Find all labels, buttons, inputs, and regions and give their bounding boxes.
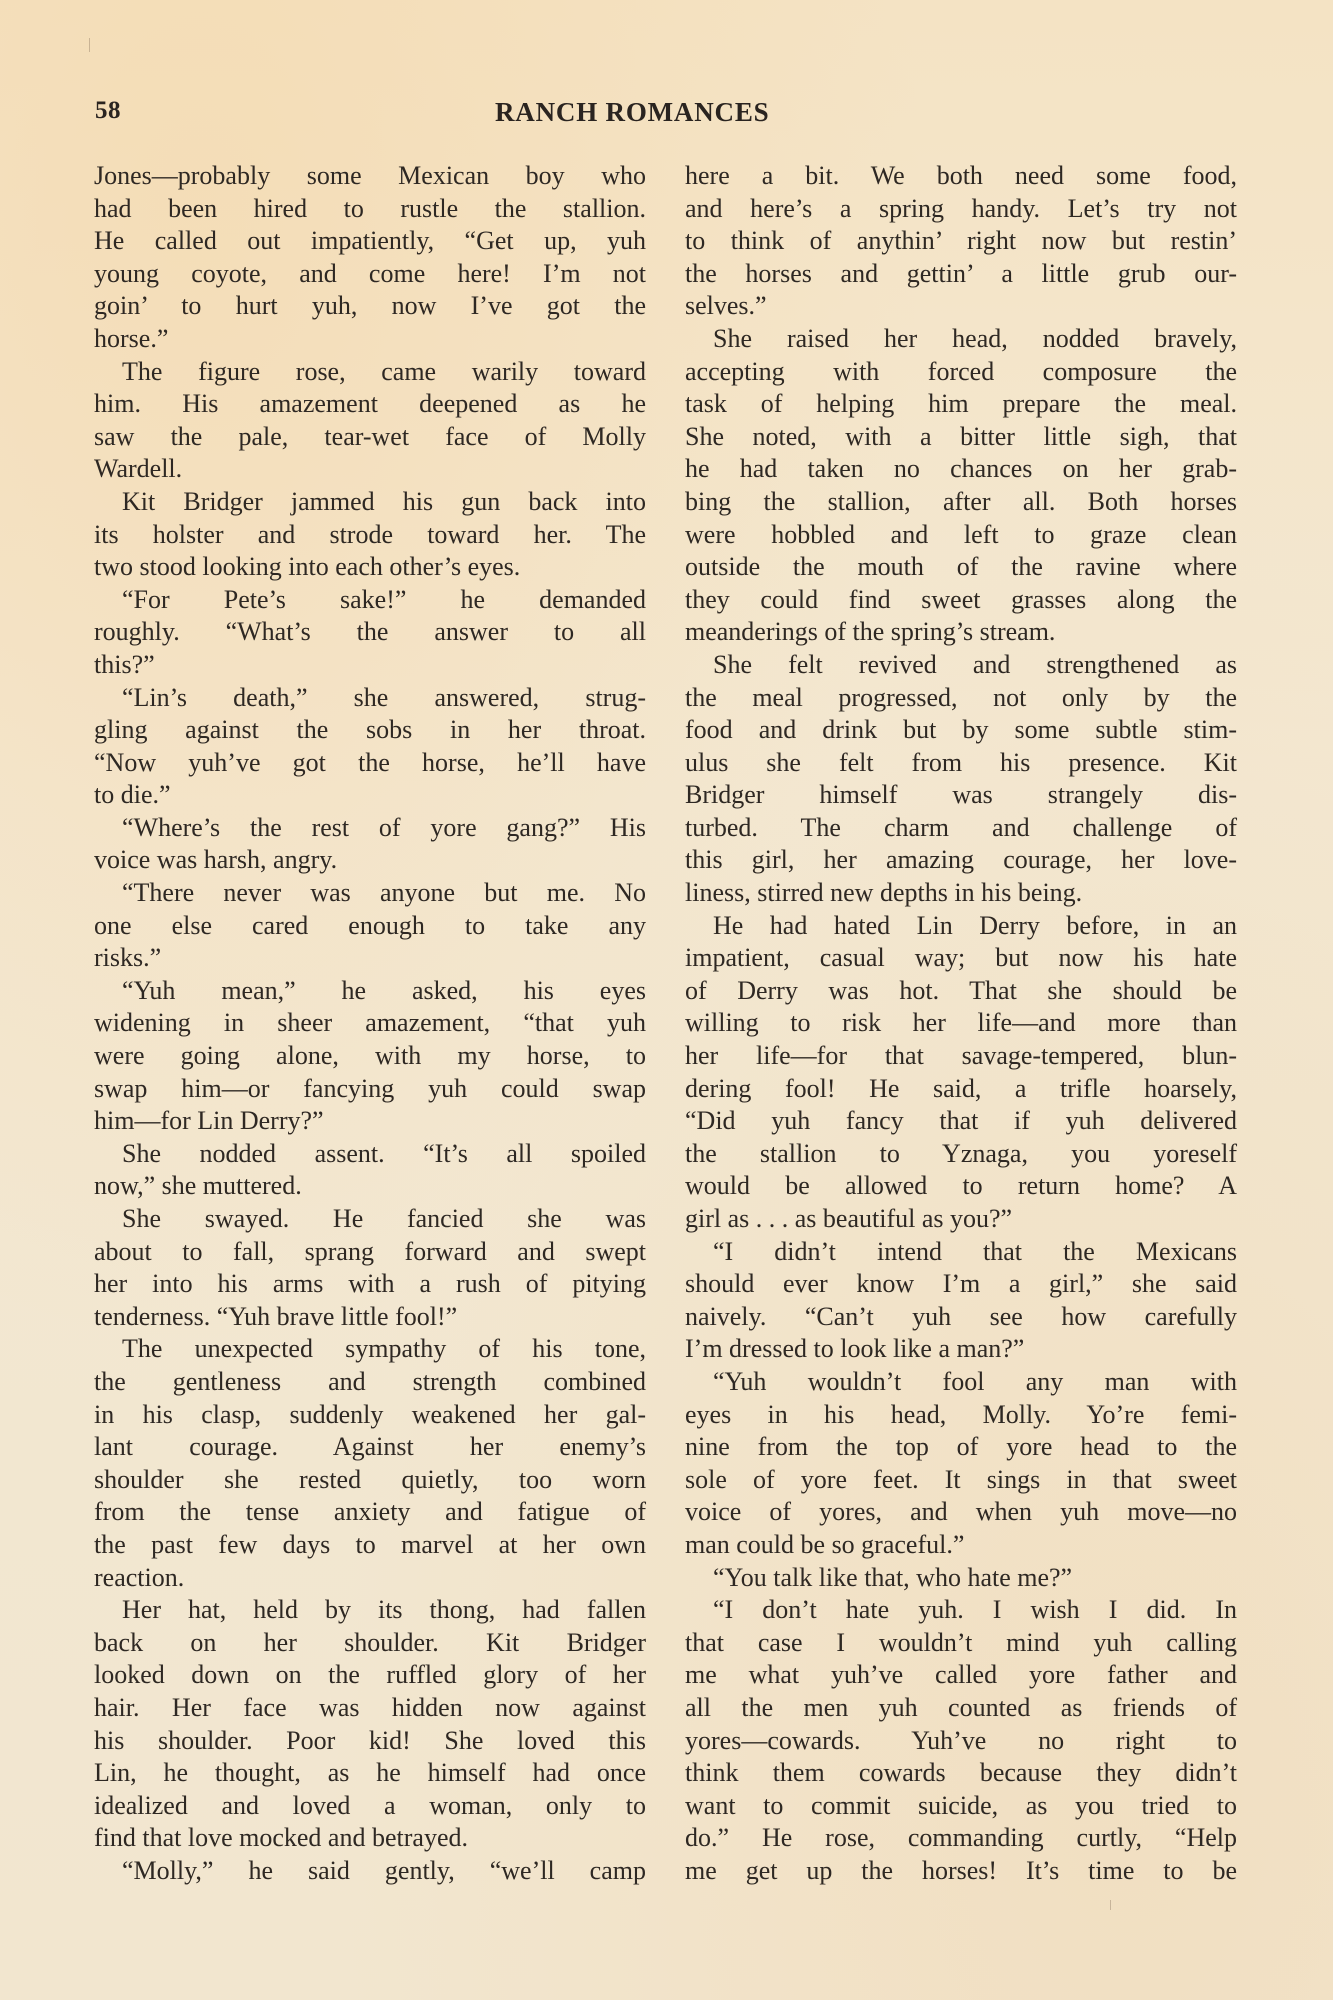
text-line: bing the stallion, after all. Both horse… [685,486,1237,519]
text-line: her life—for that savage-tempered, blun- [685,1040,1237,1073]
text-line: outside the mouth of the ravine where [685,551,1237,584]
text-line: Lin, he thought, as he himself had once [94,1757,646,1790]
text-line: food and drink but by some subtle stim- [685,714,1237,747]
text-line: horse.” [94,323,646,356]
text-line: naively. “Can’t yuh see how carefully [685,1301,1237,1334]
text-line: were hobbled and left to graze clean [685,519,1237,552]
text-line: Bridger himself was strangely dis- [685,779,1237,812]
text-line: “Now yuh’ve got the horse, he’ll have [94,747,646,780]
text-line: reaction. [94,1562,646,1595]
text-line: impatient, casual way; but now his hate [685,942,1237,975]
text-line: I’m dressed to look like a man?” [685,1333,1237,1366]
text-line: He had hated Lin Derry before, in an [685,910,1237,943]
text-line: She raised her head, nodded bravely, [685,323,1237,356]
text-line: her into his arms with a rush of pitying [94,1268,646,1301]
text-line: me get up the horses! It’s time to be [685,1855,1237,1888]
text-line: “Molly,” he said gently, “we’ll camp [94,1855,646,1888]
text-line: him—for Lin Derry?” [94,1105,646,1138]
text-line: the gentleness and strength combined [94,1366,646,1399]
text-line: that case I wouldn’t mind yuh calling [685,1627,1237,1660]
text-line: widening in sheer amazement, “that yuh [94,1007,646,1040]
text-column-right: here a bit. We both need some food,and h… [685,160,1237,1887]
text-line: think them cowards because they didn’t [685,1757,1237,1790]
text-line: back on her shoulder. Kit Bridger [94,1627,646,1660]
text-line: me what yuh’ve called yore father and [685,1659,1237,1692]
text-line: She felt revived and strengthened as [685,649,1237,682]
text-line: in his clasp, suddenly weakened her gal- [94,1399,646,1432]
text-line: turbed. The charm and challenge of [685,812,1237,845]
text-line: meanderings of the spring’s stream. [685,616,1237,649]
text-line: were going alone, with my horse, to [94,1040,646,1073]
text-line: this?” [94,649,646,682]
text-line: to think of anythin’ right now but resti… [685,225,1237,258]
running-head: 58 RANCH ROMANCES [95,97,1245,133]
text-line: Kit Bridger jammed his gun back into [94,486,646,519]
text-line: roughly. “What’s the answer to all [94,616,646,649]
paper-scratch-mark [1110,1900,1111,1910]
paper-scratch-mark [89,38,90,52]
text-line: The figure rose, came warily toward [94,356,646,389]
text-line: all the men yuh counted as friends of [685,1692,1237,1725]
text-line: find that love mocked and betrayed. [94,1822,646,1855]
text-line: “I didn’t intend that the Mexicans [685,1236,1237,1269]
text-line: willing to risk her life—and more than [685,1007,1237,1040]
text-line: lant courage. Against her enemy’s [94,1431,646,1464]
text-line: goin’ to hurt yuh, now I’ve got the [94,290,646,323]
text-line: the meal progressed, not only by the [685,682,1237,715]
text-line: Her hat, held by its thong, had fallen [94,1594,646,1627]
text-line: here a bit. We both need some food, [685,160,1237,193]
text-line: She swayed. He fancied she was [94,1203,646,1236]
text-line: young coyote, and come here! I’m not [94,258,646,291]
text-line: they could find sweet grasses along the [685,584,1237,617]
text-line: should ever know I’m a girl,” she said [685,1268,1237,1301]
text-line: risks.” [94,942,646,975]
text-line: of Derry was hot. That she should be [685,975,1237,1008]
text-line: voice was harsh, angry. [94,844,646,877]
text-line: ulus she felt from his presence. Kit [685,747,1237,780]
text-line: Wardell. [94,453,646,486]
text-line: accepting with forced composure the [685,356,1237,389]
page-number: 58 [95,97,121,125]
text-line: had been hired to rustle the stallion. [94,193,646,226]
text-line: do.” He rose, commanding curtly, “Help [685,1822,1237,1855]
text-line: shoulder she rested quietly, too worn [94,1464,646,1497]
text-line: “Yuh mean,” he asked, his eyes [94,975,646,1008]
text-line: to die.” [94,779,646,812]
text-line: “For Pete’s sake!” he demanded [94,584,646,617]
text-line: would be allowed to return home? A [685,1170,1237,1203]
text-line: “Where’s the rest of yore gang?” His [94,812,646,845]
text-line: one else cared enough to take any [94,910,646,943]
text-line: “You talk like that, who hate me?” [685,1562,1237,1595]
text-line: hair. Her face was hidden now against [94,1692,646,1725]
text-line: gling against the sobs in her throat. [94,714,646,747]
text-line: about to fall, sprang forward and swept [94,1236,646,1269]
magazine-page: 58 RANCH ROMANCES Jones—probably some Me… [0,0,1333,2000]
text-line: He called out impatiently, “Get up, yuh [94,225,646,258]
text-line: She nodded assent. “It’s all spoiled [94,1138,646,1171]
text-line: sole of yore feet. It sings in that swee… [685,1464,1237,1497]
text-line: “Yuh wouldn’t fool any man with [685,1366,1237,1399]
text-line: yores—cowards. Yuh’ve no right to [685,1725,1237,1758]
text-line: the past few days to marvel at her own [94,1529,646,1562]
text-line: he had taken no chances on her grab- [685,453,1237,486]
text-line: “There never was anyone but me. No [94,877,646,910]
text-column-left: Jones—probably some Mexican boy whohad b… [94,160,646,1887]
text-line: “Did yuh fancy that if yuh delivered [685,1105,1237,1138]
text-line: his shoulder. Poor kid! She loved this [94,1725,646,1758]
text-line: She noted, with a bitter little sigh, th… [685,421,1237,454]
magazine-title: RANCH ROMANCES [495,97,769,128]
text-line: from the tense anxiety and fatigue of [94,1496,646,1529]
text-line: man could be so graceful.” [685,1529,1237,1562]
text-line: idealized and loved a woman, only to [94,1790,646,1823]
text-line: saw the pale, tear-wet face of Molly [94,421,646,454]
text-line: tenderness. “Yuh brave little fool!” [94,1301,646,1334]
text-line: two stood looking into each other’s eyes… [94,551,646,584]
text-line: task of helping him prepare the meal. [685,388,1237,421]
text-line: Jones—probably some Mexican boy who [94,160,646,193]
text-line: girl as . . . as beautiful as you?” [685,1203,1237,1236]
text-line: dering fool! He said, a trifle hoarsely, [685,1073,1237,1106]
text-line: “I don’t hate yuh. I wish I did. In [685,1594,1237,1627]
text-line: nine from the top of yore head to the [685,1431,1237,1464]
text-line: voice of yores, and when yuh move—no [685,1496,1237,1529]
text-line: “Lin’s death,” she answered, strug- [94,682,646,715]
text-line: looked down on the ruffled glory of her [94,1659,646,1692]
text-line: the stallion to Yznaga, you yoreself [685,1138,1237,1171]
text-line: the horses and gettin’ a little grub our… [685,258,1237,291]
text-line: swap him—or fancying yuh could swap [94,1073,646,1106]
text-line: liness, stirred new depths in his being. [685,877,1237,910]
text-line: now,” she muttered. [94,1170,646,1203]
text-line: him. His amazement deepened as he [94,388,646,421]
text-line: The unexpected sympathy of his tone, [94,1333,646,1366]
text-line: and here’s a spring handy. Let’s try not [685,193,1237,226]
text-line: eyes in his head, Molly. Yo’re femi- [685,1399,1237,1432]
text-line: want to commit suicide, as you tried to [685,1790,1237,1823]
text-line: its holster and strode toward her. The [94,519,646,552]
text-line: selves.” [685,290,1237,323]
text-line: this girl, her amazing courage, her love… [685,844,1237,877]
